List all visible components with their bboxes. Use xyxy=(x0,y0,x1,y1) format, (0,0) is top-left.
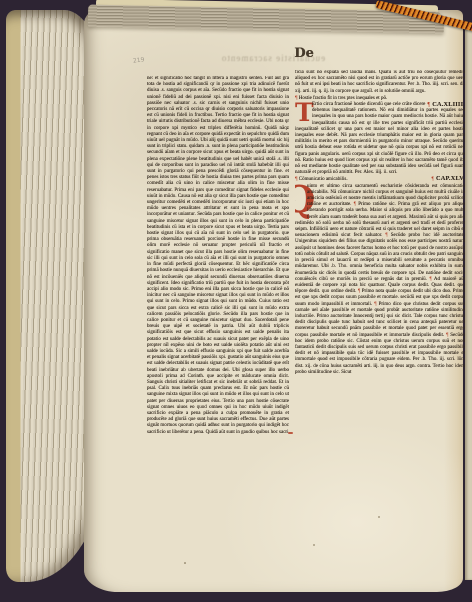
paraph-icon: ¶ xyxy=(354,202,356,207)
parchment-speck xyxy=(313,544,315,546)
paraph-icon: ¶ xyxy=(374,302,376,307)
paraph-icon: ¶ xyxy=(431,176,434,182)
paraph-icon: ¶ xyxy=(429,277,431,282)
rubric-line-45: ¶ CAP.XLV. ¶ Cōmunicatio amicabilis. xyxy=(295,176,465,183)
rubricated-initial-T: T xyxy=(295,102,310,124)
paraph-icon: ¶ xyxy=(385,233,387,238)
chapter-45-number: CAP.XLV. xyxy=(436,175,465,182)
underlying-page-edge xyxy=(465,24,472,580)
running-head: De xyxy=(284,46,324,61)
chapter-45-body-5: Primo dico que christus dedit corpus suū… xyxy=(295,302,465,338)
parchment-speck xyxy=(184,562,186,564)
right-text-column: ficia sunt nō expiāta sed laudia māns. Q… xyxy=(295,70,465,504)
chapter-44-body: crāte dicere debemus inequalitatē ration… xyxy=(295,102,465,175)
parchment-speck xyxy=(378,516,380,518)
right-column-intro: ficia sunt nō expiāta sed laudia māns. Q… xyxy=(295,70,465,94)
chapter-44-opening: Ertio circa fractionē hostie dicendū que… xyxy=(312,102,401,107)
book-photo: eucharistie sacramento De 219 ne: et sig… xyxy=(0,0,472,602)
showthrough-text: eucharistie sacramento xyxy=(178,53,368,63)
rubrication-mark xyxy=(288,432,293,434)
chapter-45: Q q uinto et ultimo circa sacramentū euc… xyxy=(295,184,465,376)
chapter-45-body-2: Secūdo probo hoc idē auctoritate. Unigen… xyxy=(295,233,465,281)
chapter-44: T ¶ CA.XLIIII. Ertio circa fractionē hos… xyxy=(295,102,465,176)
paraph-icon: ¶ xyxy=(358,289,360,294)
paraph-icon: ¶ xyxy=(446,333,448,338)
left-column-text: ne: et significatio hoc tangit in litter… xyxy=(147,76,289,435)
rubricated-initial-Q: Q xyxy=(295,184,305,215)
chapter-45-heading: ¶ CAP.XLV. xyxy=(431,176,465,182)
chapter-44-number: CA.XLIIII. xyxy=(432,101,465,108)
chapter-45-body-6: Secūdo hoc idem probo ratiōne sic. Cōsta… xyxy=(295,333,465,375)
paraph-icon: ¶ xyxy=(427,101,430,108)
left-text-column: ne: et significatio hoc tangit in litter… xyxy=(147,76,289,500)
